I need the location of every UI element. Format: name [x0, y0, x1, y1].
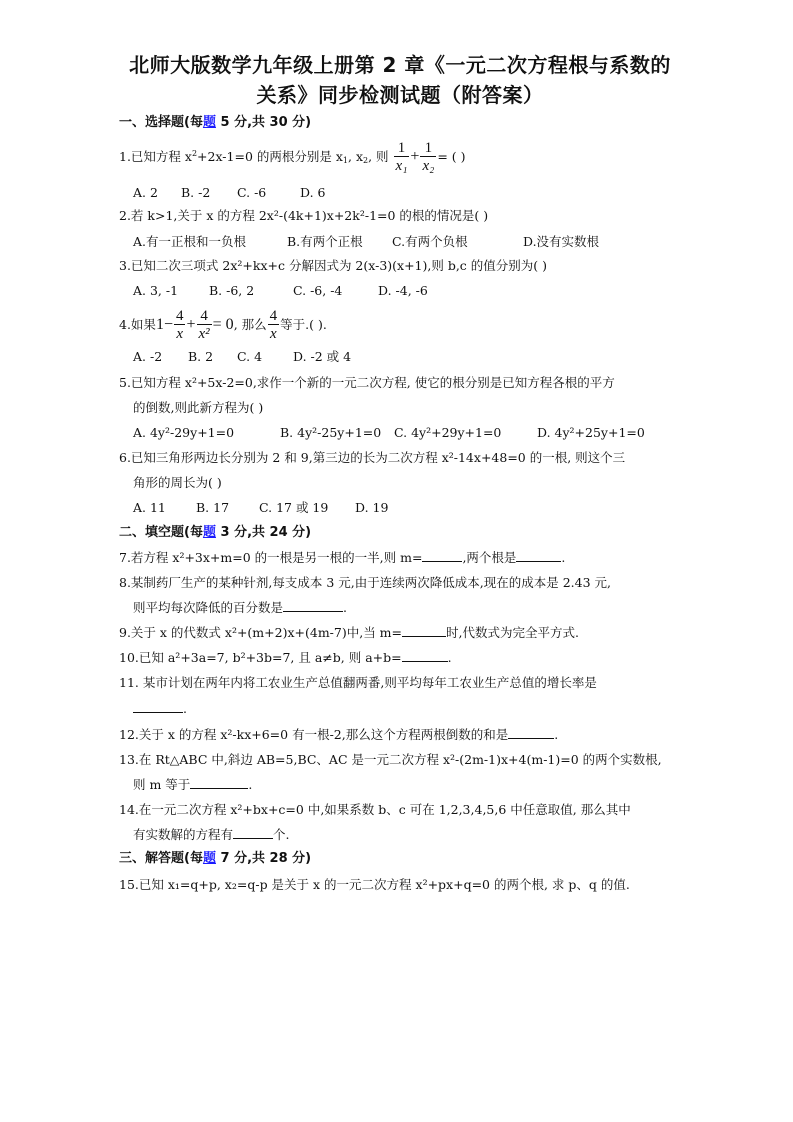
- question-13-line-2: 则 m 等于.: [133, 776, 252, 794]
- question-15: 15.已知 x₁=q+p, x₂=q-p 是关于 x 的一元二次方程 x²+px…: [119, 876, 630, 894]
- q1-option-b: B. -2: [181, 184, 210, 202]
- q7-text: .: [561, 550, 565, 565]
- q4-term: 1−: [156, 316, 173, 333]
- question-3: 3.已知二次三项式 2x²+kx+c 分解因式为 2(x-3)(x+1),则 b…: [119, 257, 547, 275]
- q11-text: .: [183, 701, 187, 716]
- q1-text: , x: [348, 149, 363, 164]
- fraction-numerator: 4: [268, 308, 280, 325]
- answer-blank[interactable]: [422, 549, 462, 562]
- q1-option-a: A. 2: [133, 184, 158, 202]
- section-heading-suffix: 5 分,共 30 分): [216, 115, 311, 130]
- q10-text: 10.已知 a²+3a=7, b²+3b=7, 且 a≠b, 则 a+b=: [119, 650, 402, 665]
- q5-option-c: C. 4y²+29y+1=0: [394, 424, 501, 442]
- section-heading-prefix: 一、选择题(每: [119, 115, 203, 130]
- q4-fraction-1: 4x: [174, 308, 186, 343]
- q12-text: .: [554, 727, 558, 742]
- fraction-denominator: x₂: [420, 157, 436, 175]
- question-10: 10.已知 a²+3a=7, b²+3b=7, 且 a≠b, 则 a+b=.: [119, 649, 452, 667]
- section-heading-solutions: 三、解答题(每题 7 分,共 28 分): [119, 850, 311, 868]
- section-heading-suffix: 3 分,共 24 分): [216, 525, 311, 540]
- q7-text: ,两个根是: [462, 550, 516, 565]
- question-8-line-2: 则平均每次降低的百分数是.: [133, 599, 347, 617]
- question-4: 4.如果1−4x+4x²= 0, 那么4x等于.( ).: [119, 308, 327, 343]
- fraction-denominator: x: [174, 325, 186, 343]
- q13-text: .: [248, 777, 252, 792]
- q1-text: , 则: [368, 149, 388, 164]
- answer-blank[interactable]: [508, 726, 554, 739]
- q9-text: 9.关于 x 的代数式 x²+(m+2)x+(4m-7)中,当 m=: [119, 625, 402, 640]
- fraction-numerator: 4: [197, 308, 212, 325]
- plus-sign: +: [186, 316, 195, 333]
- answer-blank[interactable]: [233, 826, 273, 839]
- q3-option-d: D. -4, -6: [378, 282, 428, 300]
- q13-text: 则 m 等于: [133, 777, 190, 792]
- q4-fraction-3: 4x: [268, 308, 280, 343]
- q4-answer-bracket: 等于.( ).: [280, 317, 327, 332]
- fraction-numerator: 1: [420, 140, 436, 157]
- answer-blank[interactable]: [283, 599, 343, 612]
- section-heading-link[interactable]: 题: [203, 525, 216, 540]
- q2-option-a: A.有一正根和一负根: [133, 233, 246, 251]
- q10-text: .: [448, 650, 452, 665]
- answer-blank[interactable]: [402, 649, 448, 662]
- q1-fraction-1: 1x₁: [394, 140, 410, 175]
- equals-zero: = 0: [213, 316, 234, 333]
- q1-fraction-2: 1x₂: [420, 140, 436, 175]
- question-5-line-2: 的倒数,则此新方程为( ): [133, 399, 263, 417]
- question-11-line-2: .: [133, 700, 187, 718]
- question-13-line-1: 13.在 Rt△ABC 中,斜边 AB=5,BC、AC 是一元二次方程 x²-(…: [119, 751, 662, 769]
- section-heading-suffix: 7 分,共 28 分): [216, 851, 311, 866]
- answer-blank[interactable]: [133, 700, 183, 713]
- q2-option-c: C.有两个负根: [392, 233, 468, 251]
- q4-text: , 那么: [234, 317, 267, 332]
- question-9: 9.关于 x 的代数式 x²+(m+2)x+(4m-7)中,当 m=时,代数式为…: [119, 624, 579, 642]
- q4-option-a: A. -2: [133, 348, 162, 366]
- section-heading-link[interactable]: 题: [203, 851, 216, 866]
- question-5-line-1: 5.已知方程 x²+5x-2=0,求作一个新的一元二次方程, 使它的根分别是已知…: [119, 374, 615, 392]
- question-6-line-1: 6.已知三角形两边长分别为 2 和 9,第三边的长为二次方程 x²-14x+48…: [119, 449, 625, 467]
- answer-blank[interactable]: [402, 624, 446, 637]
- q1-answer-bracket: = ( ): [437, 149, 465, 164]
- question-8-line-1: 8.某制药厂生产的某种针剂,每支成本 3 元,由于连续两次降低成本,现在的成本是…: [119, 574, 611, 592]
- q4-option-b: B. 2: [188, 348, 213, 366]
- section-heading-fill-in: 二、填空题(每题 3 分,共 24 分): [119, 524, 311, 542]
- section-heading-multiple-choice: 一、选择题(每题 5 分,共 30 分): [119, 114, 311, 132]
- question-14-line-2: 有实数解的方程有个.: [133, 826, 290, 844]
- q1-text: +2x-1=0 的两根分别是 x: [197, 149, 343, 164]
- q14-text: 有实数解的方程有: [133, 827, 233, 842]
- question-12: 12.关于 x 的方程 x²-kx+6=0 有一根-2,那么这个方程两根倒数的和…: [119, 726, 558, 744]
- q6-option-c: C. 17 或 19: [259, 499, 328, 517]
- section-heading-link[interactable]: 题: [203, 115, 216, 130]
- q8-text: 则平均每次降低的百分数是: [133, 600, 283, 615]
- fraction-denominator: x: [268, 325, 280, 343]
- document-title-line-1: 北师大版数学九年级上册第 2 章《一元二次方程根与系数的: [100, 50, 700, 80]
- q5-option-d: D. 4y²+25y+1=0: [537, 424, 645, 442]
- q6-option-b: B. 17: [196, 499, 229, 517]
- fraction-denominator: x₁: [394, 157, 410, 175]
- q3-option-a: A. 3, -1: [133, 282, 178, 300]
- fraction-numerator: 4: [174, 308, 186, 325]
- q6-option-d: D. 19: [355, 499, 388, 517]
- q5-option-a: A. 4y²-29y+1=0: [133, 424, 234, 442]
- q4-option-c: C. 4: [237, 348, 262, 366]
- answer-blank[interactable]: [190, 776, 248, 789]
- q6-option-a: A. 11: [133, 499, 166, 517]
- plus-sign: +: [410, 148, 419, 165]
- q4-fraction-2: 4x²: [197, 308, 212, 343]
- question-6-line-2: 角形的周长为( ): [133, 474, 222, 492]
- section-heading-prefix: 二、填空题(每: [119, 525, 203, 540]
- q2-option-d: D.没有实数根: [523, 233, 599, 251]
- question-11-line-1: 11. 某市计划在两年内将工农业生产总值翻两番,则平均每年工农业生产总值的增长率…: [119, 674, 597, 692]
- q12-text: 12.关于 x 的方程 x²-kx+6=0 有一根-2,那么这个方程两根倒数的和…: [119, 727, 508, 742]
- fraction-denominator: x²: [197, 325, 212, 343]
- fraction-numerator: 1: [394, 140, 410, 157]
- answer-blank[interactable]: [516, 549, 561, 562]
- q1-option-d: D. 6: [300, 184, 325, 202]
- q9-text: 时,代数式为完全平方式.: [446, 625, 579, 640]
- q2-option-b: B.有两个正根: [287, 233, 363, 251]
- q8-text: .: [343, 600, 347, 615]
- q4-option-d: D. -2 或 4: [293, 348, 351, 366]
- question-2: 2.若 k>1,关于 x 的方程 2x²-(4k+1)x+2k²-1=0 的根的…: [119, 207, 488, 225]
- question-7: 7.若方程 x²+3x+m=0 的一根是另一根的一半,则 m=,两个根是.: [119, 549, 565, 567]
- q1-text: 1.已知方程 x: [119, 149, 192, 164]
- q4-text: 4.如果: [119, 317, 156, 332]
- section-heading-prefix: 三、解答题(每: [119, 851, 203, 866]
- question-1: 1.已知方程 x2+2x-1=0 的两根分别是 x1, x2, 则 1x₁+1x…: [119, 140, 466, 175]
- q3-option-c: C. -6, -4: [293, 282, 342, 300]
- q7-text: 7.若方程 x²+3x+m=0 的一根是另一根的一半,则 m=: [119, 550, 422, 565]
- q5-option-b: B. 4y²-25y+1=0: [280, 424, 381, 442]
- document-page: 北师大版数学九年级上册第 2 章《一元二次方程根与系数的 关系》同步检测试题（附…: [0, 0, 793, 1122]
- q1-option-c: C. -6: [237, 184, 266, 202]
- document-title-line-2: 关系》同步检测试题（附答案）: [100, 80, 700, 110]
- question-14-line-1: 14.在一元二次方程 x²+bx+c=0 中,如果系数 b、c 可在 1,2,3…: [119, 801, 631, 819]
- q3-option-b: B. -6, 2: [209, 282, 254, 300]
- q14-text: 个.: [273, 827, 289, 842]
